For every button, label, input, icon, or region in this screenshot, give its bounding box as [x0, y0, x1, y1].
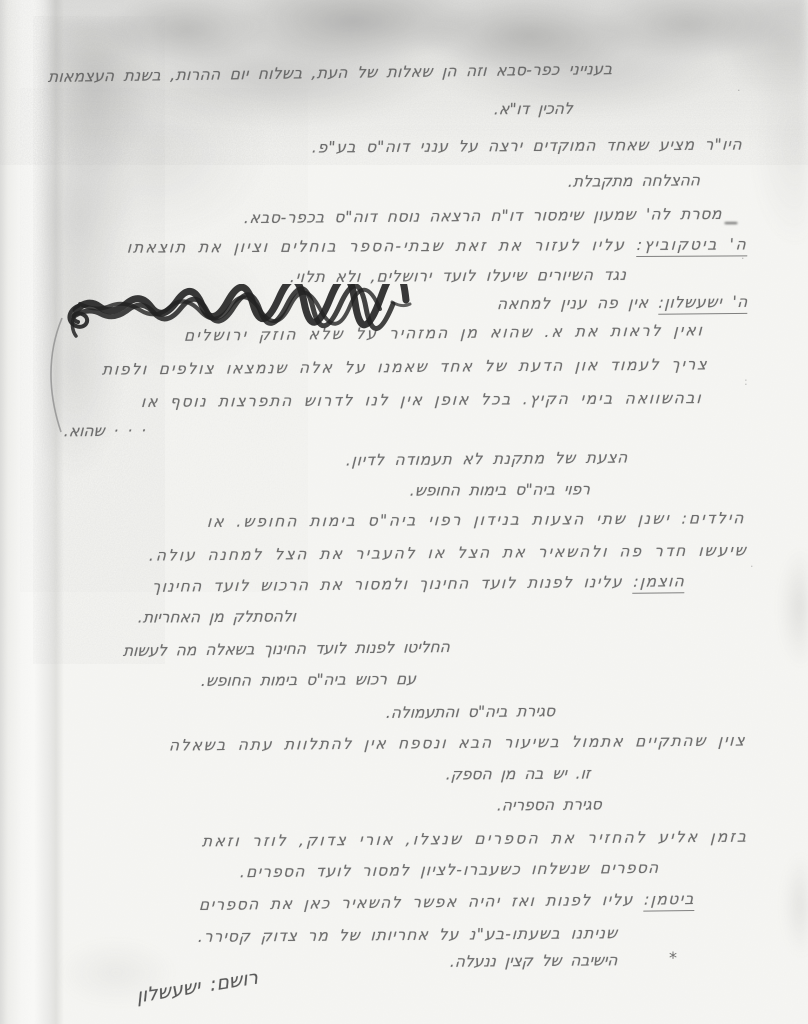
underlined-speaker-name: הוצמן: [632, 572, 685, 594]
pencil-margin-mark: · [737, 84, 741, 97]
handwritten-line: סגירת ביה"ס והתעמולה. [385, 702, 555, 722]
handwritten-line: בזמן אליע להחזיר את הספרים שנצלו, אורי צ… [201, 828, 748, 851]
handwritten-line: היו"ר מציע שאחד המוקדים ירצה על ענני דוה… [311, 135, 743, 156]
handwritten-line: זו. יש בה מן הספק. [445, 764, 590, 783]
handwritten-line: החליטו לפנות לועד החינוך בשאלה מה לעשות [123, 638, 451, 660]
handwritten-line: ולהסתלק מן האחריות. [137, 607, 296, 626]
handwritten-line: סגירת הספריה. [497, 795, 603, 814]
handwritten-line: ה' ביטקוביץ: עליו לעזור את זאת שבתי-הספר… [127, 235, 749, 256]
handwritten-line: ההצלחה מתקבלת. [567, 171, 700, 190]
underlined-speaker-name: ה' ביטקוביץ: [636, 235, 748, 257]
handwritten-line: הצעת של מתקנת לא תעמודה לדיון. [345, 449, 628, 470]
handwritten-line: רפוי ביה"ס בימות החופש. [409, 480, 590, 499]
handwritten-line: מסרת לה' שמעון שימסור דו"ח הרצאה נוסח דו… [243, 205, 722, 227]
handwritten-line: שניתנו בשעתו-בע"נ על אחריותו של מר צדוק … [197, 924, 618, 946]
paper-background: בענייני כפר-סבא וזה הן שאלות של העת, בשל… [0, 0, 808, 1024]
handwritten-line: ובהשוואה בימי הקיץ. בכל אופן אין לנו לדר… [140, 389, 703, 411]
scan-smudge-topleft [44, 20, 294, 540]
pencil-margin-mark: : [744, 375, 748, 388]
handwritten-line: בענייני כפר-סבא וזה הן שאלות של העת, בשל… [48, 60, 613, 86]
handwritten-line: ביטמן: עליו לפנות ואז יהיה אפשר להשאיר כ… [198, 890, 695, 914]
handwritten-line: הוצמן: עלינו לפנות לועד החינוך ולמסור את… [151, 572, 685, 596]
handwritten-line: הילדים: ישנן שתי הצעות בנידון רפוי ביה"ס… [207, 509, 747, 531]
handwritten-line: נגד השיורים שיעלו לועד ירושלים, ולא תלוי… [289, 266, 627, 286]
pencil-margin-mark: · [750, 560, 754, 573]
pencil-margin-mark: — [724, 215, 738, 231]
handwritten-line: הספרים שנשלחו כשעברו-לציון למסור לועד הס… [240, 859, 661, 881]
handwritten-line: להכין דו"א. [494, 100, 574, 119]
underlined-speaker-name: ביטמן: [643, 890, 695, 912]
scanned-document-page: { "document": { "type": "scanned handwri… [0, 0, 808, 1024]
asterisk-margin-mark: * [669, 948, 677, 967]
handwritten-line: ה' ישעשלון: אין פה ענין למחאה [496, 293, 748, 313]
signature-line: רושם: ישעשלון [136, 966, 259, 1007]
underlined-speaker-name: ה' ישעשלון: [658, 293, 749, 315]
scan-smudge-right-mid [762, 540, 808, 690]
handwritten-line: שיעשו חדר פה ולהשאיר את הצל או להעביר את… [149, 541, 749, 564]
handwritten-line: הישיבה של קצין ננעלה. [450, 951, 619, 970]
handwritten-line: צוין שהתקיים אתמול בשיעור הבא ונספח אין … [168, 731, 746, 754]
handwritten-line: · · · שהוא. [63, 422, 146, 440]
scan-left-edge [0, 0, 64, 1024]
pencil-margin-mark: · [741, 252, 745, 265]
handwritten-line: צריך לעמוד און הדעת של אחד שאמנו על אלה … [101, 355, 708, 378]
scan-smudge-right-low [766, 845, 808, 965]
handwritten-line: ואין לראות את א. שהוא מן המזהיר על שלא ה… [184, 321, 705, 344]
handwritten-line: עם רכוש ביה"ס בימות החופש. [200, 670, 416, 690]
scan-smudge-bottomleft [48, 925, 218, 1020]
